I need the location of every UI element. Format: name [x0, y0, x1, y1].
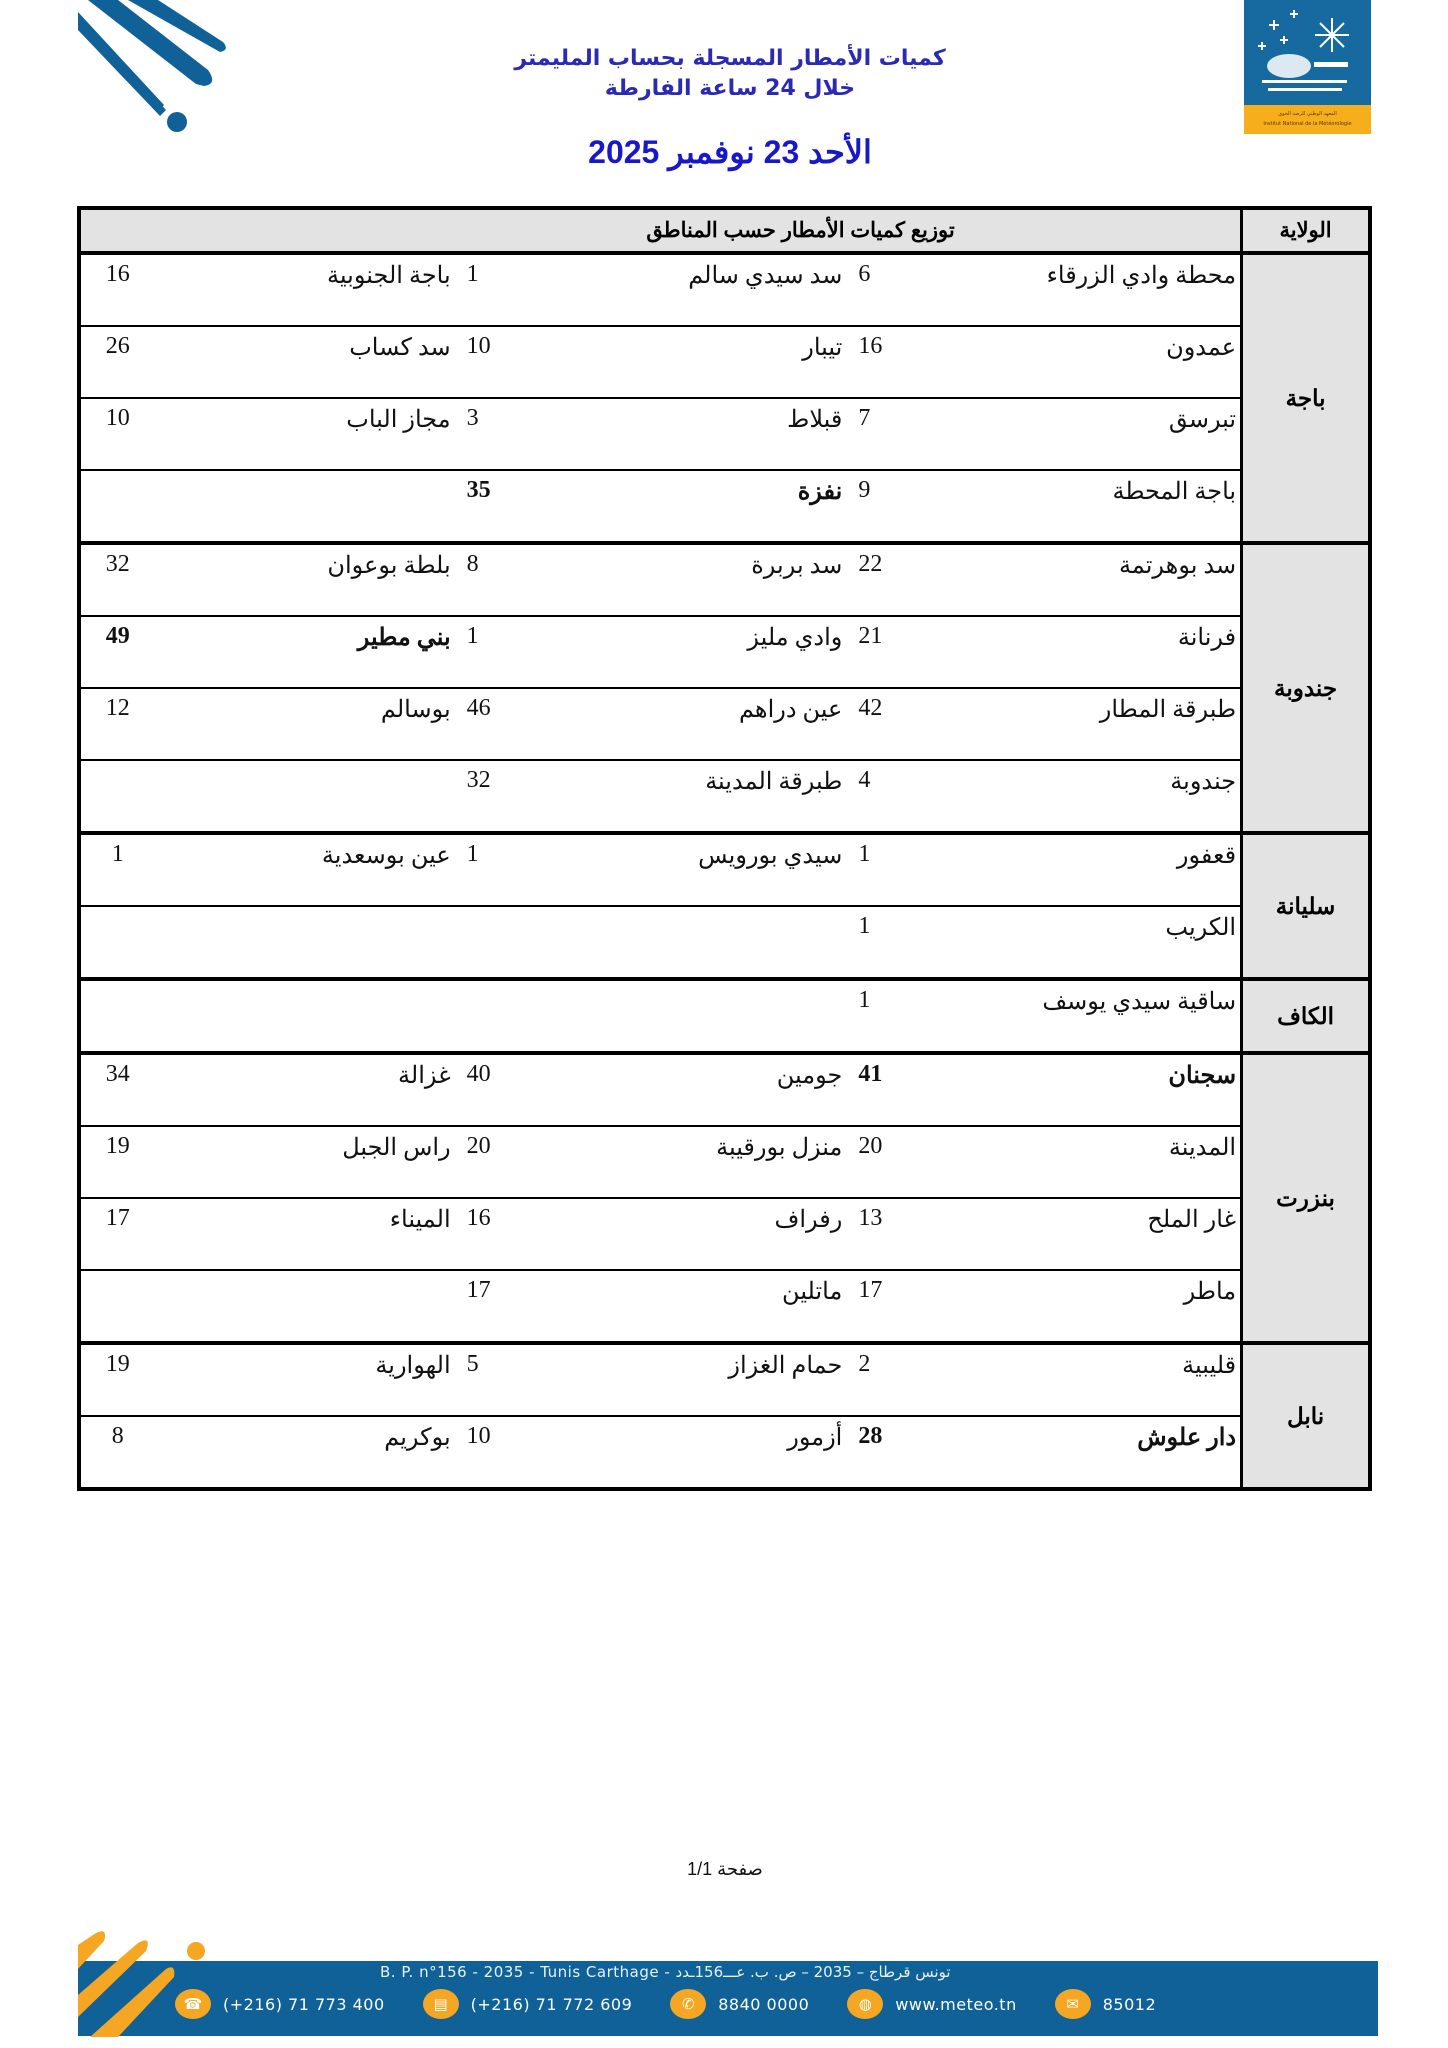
rainfall-value — [79, 906, 155, 979]
station-name: عين بوسعدية — [155, 833, 455, 906]
station-name: منزل بورقيبة — [544, 1126, 846, 1198]
rainfall-value: 1 — [846, 833, 932, 906]
fax-icon: ▤ — [423, 1989, 459, 2019]
rainfall-value: 28 — [846, 1416, 932, 1489]
rainfall-value: 20 — [846, 1126, 932, 1198]
station-name: المدينة — [932, 1126, 1242, 1198]
table-row: جندوبةسد بوهرتمة22سد بربرة8بلطة بوعوان32 — [79, 543, 1370, 616]
station-name: بوسالم — [155, 688, 455, 760]
station-name: قعفور — [932, 833, 1242, 906]
table-row: الكافساقية سيدي يوسف1 — [79, 979, 1370, 1053]
table-row: غار الملح13رفراف16الميناء17 — [79, 1198, 1370, 1270]
governorate-cell: جندوبة — [1242, 543, 1370, 833]
station-name: تيبار — [544, 326, 846, 398]
rainfall-value: 41 — [846, 1053, 932, 1126]
rainfall-value: 1 — [455, 253, 545, 326]
rainfall-value: 40 — [455, 1053, 545, 1126]
table-row: باجةمحطة وادي الزرقاء6سد سيدي سالم1باجة … — [79, 253, 1370, 326]
footer-contact-item: ✉85012 — [1055, 1989, 1156, 2019]
rainfall-value — [79, 1270, 155, 1343]
footer-contact-item: ☎(+216) 71 773 400 — [175, 1989, 385, 2019]
rainfall-value: 4 — [846, 760, 932, 833]
table-row: باجة المحطة9نفزة35 — [79, 470, 1370, 543]
station-name: تبرسق — [932, 398, 1242, 470]
distribution-header-label: توزيع كميات الأمطار حسب المناطق — [646, 218, 954, 243]
rainfall-value: 32 — [455, 760, 545, 833]
table-row: سليانةقعفور1سيدي بورويس1عين بوسعدية1 — [79, 833, 1370, 906]
station-name: ماطر — [932, 1270, 1242, 1343]
rainfall-value: 2 — [846, 1343, 932, 1416]
governorate-cell: سليانة — [1242, 833, 1370, 979]
station-name: نفزة — [544, 470, 846, 543]
globe-icon: ◍ — [847, 1989, 883, 2019]
footer-stripes-decoration — [78, 1925, 228, 2037]
rainfall-value: 1 — [455, 616, 545, 688]
station-name: حمام الغزاز — [544, 1343, 846, 1416]
logo-caption-fr: Institut National de la Météorologie — [1247, 121, 1368, 127]
phone-icon: ☎ — [175, 1989, 211, 2019]
column-header-wilaya: الولاية — [1242, 208, 1370, 253]
rainfall-value: 1 — [455, 833, 545, 906]
rainfall-value: 42 — [846, 688, 932, 760]
logo-caption-ar: المعهد الوطني للرصد الجوي — [1247, 111, 1368, 117]
rainfall-value: 10 — [79, 398, 155, 470]
station-name: عين دراهم — [544, 688, 846, 760]
station-name: رفراف — [544, 1198, 846, 1270]
table-row: الكريب1 — [79, 906, 1370, 979]
station-name: سجنان — [932, 1053, 1242, 1126]
rainfall-value — [455, 979, 545, 1053]
station-name: باجة المحطة — [932, 470, 1242, 543]
rainfall-value: 34 — [79, 1053, 155, 1126]
station-name — [155, 470, 455, 543]
rainfall-value: 17 — [846, 1270, 932, 1343]
station-name: سد كساب — [155, 326, 455, 398]
station-name: محطة وادي الزرقاء — [932, 253, 1242, 326]
rainfall-value: 10 — [455, 1416, 545, 1489]
rainfall-value: 20 — [455, 1126, 545, 1198]
rainfall-table: الولاية توزيع كميات الأمطار حسب المناطق … — [77, 206, 1372, 1491]
footer-contact-item: ✆8840 0000 — [670, 1989, 809, 2019]
station-name: وادي مليز — [544, 616, 846, 688]
rainfall-value: 1 — [79, 833, 155, 906]
station-name: قبلاط — [544, 398, 846, 470]
station-name: بلطة بوعوان — [155, 543, 455, 616]
station-name: ساقية سيدي يوسف — [932, 979, 1242, 1053]
station-name: جومين — [544, 1053, 846, 1126]
station-name: أزمور — [544, 1416, 846, 1489]
rainfall-value: 21 — [846, 616, 932, 688]
table-row: ماطر17ماتلين17 — [79, 1270, 1370, 1343]
rainfall-value: 1 — [846, 979, 932, 1053]
footer-contact-item[interactable]: ◍www.meteo.tn — [847, 1989, 1016, 2019]
governorate-cell: بنزرت — [1242, 1053, 1370, 1343]
sms-icon: ✉ — [1055, 1989, 1091, 2019]
station-name: بوكريم — [155, 1416, 455, 1489]
rainfall-value: 19 — [79, 1126, 155, 1198]
table-row: فرنانة21وادي مليز1بني مطير49 — [79, 616, 1370, 688]
call-center-icon: ✆ — [670, 1989, 706, 2019]
rainfall-value: 17 — [455, 1270, 545, 1343]
station-name: سد سيدي سالم — [544, 253, 846, 326]
snowflake-stars-icon — [1244, 0, 1371, 105]
station-name — [544, 979, 846, 1053]
page-number: صفحة 1/1 — [660, 1859, 790, 1880]
station-name: مجاز الباب — [155, 398, 455, 470]
footer-contact-text[interactable]: www.meteo.tn — [895, 1995, 1016, 2014]
station-name: راس الجبل — [155, 1126, 455, 1198]
inm-stripes-logo — [78, 0, 238, 135]
station-name — [155, 979, 455, 1053]
station-name — [544, 906, 846, 979]
rainfall-value — [79, 979, 155, 1053]
rainfall-value: 7 — [846, 398, 932, 470]
station-name: غزالة — [155, 1053, 455, 1126]
rainfall-value: 16 — [846, 326, 932, 398]
footer-contact-text: 85012 — [1103, 1995, 1156, 2014]
station-name: عمدون — [932, 326, 1242, 398]
report-title: كميات الأمطار المسجلة بحساب المليمتر — [380, 45, 1080, 73]
rainfall-value: 32 — [79, 543, 155, 616]
table-row: جندوبة4طبرقة المدينة32 — [79, 760, 1370, 833]
rainfall-table-body: باجةمحطة وادي الزرقاء6سد سيدي سالم1باجة … — [79, 253, 1370, 1489]
rainfall-value: 16 — [455, 1198, 545, 1270]
station-name: غار الملح — [932, 1198, 1242, 1270]
rainfall-value: 19 — [79, 1343, 155, 1416]
governorate-cell: الكاف — [1242, 979, 1370, 1053]
station-name: باجة الجنوبية — [155, 253, 455, 326]
rainfall-value: 10 — [455, 326, 545, 398]
rainfall-value: 8 — [455, 543, 545, 616]
station-name: قليبية — [932, 1343, 1242, 1416]
station-name: دار علوش — [932, 1416, 1242, 1489]
rainfall-value: 8 — [79, 1416, 155, 1489]
column-header-distribution: توزيع كميات الأمطار حسب المناطق — [79, 208, 1242, 253]
table-row: طبرقة المطار42عين دراهم46بوسالم12 — [79, 688, 1370, 760]
rainfall-value: 35 — [455, 470, 545, 543]
inm-institute-logo: المعهد الوطني للرصد الجوي Institut Natio… — [1244, 0, 1371, 134]
rainfall-value: 3 — [455, 398, 545, 470]
rainfall-value: 26 — [79, 326, 155, 398]
rainfall-value — [455, 906, 545, 979]
table-row: بنزرتسجنان41جومين40غزالة34 — [79, 1053, 1370, 1126]
station-name: جندوبة — [932, 760, 1242, 833]
table-row: دار علوش28أزمور10بوكريم8 — [79, 1416, 1370, 1489]
station-name — [155, 906, 455, 979]
rainfall-value — [79, 760, 155, 833]
station-name: الكريب — [932, 906, 1242, 979]
station-name: طبرقة المطار — [932, 688, 1242, 760]
station-name: بني مطير — [155, 616, 455, 688]
footer-contact-item: ▤(+216) 71 772 609 — [423, 1989, 633, 2019]
table-row: عمدون16تيبار10سد كساب26 — [79, 326, 1370, 398]
station-name — [155, 1270, 455, 1343]
station-name: ماتلين — [544, 1270, 846, 1343]
footer-address: B. P. n°156 - 2035 - Tunis Carthage - تو… — [380, 1963, 1140, 1981]
footer-contact-text: (+216) 71 773 400 — [223, 1995, 385, 2014]
rainfall-value: 17 — [79, 1198, 155, 1270]
station-name: الهوارية — [155, 1343, 455, 1416]
report-date: الأحد 23 نوفمبر 2025 — [480, 132, 980, 172]
rainfall-value: 49 — [79, 616, 155, 688]
station-name: طبرقة المدينة — [544, 760, 846, 833]
rainfall-value: 1 — [846, 906, 932, 979]
rainfall-value — [79, 470, 155, 543]
report-subtitle: خلال 24 ساعة الفارطة — [380, 75, 1080, 103]
station-name: سد بربرة — [544, 543, 846, 616]
rainfall-value: 6 — [846, 253, 932, 326]
table-row: تبرسق7قبلاط3مجاز الباب10 — [79, 398, 1370, 470]
rainfall-value: 5 — [455, 1343, 545, 1416]
rainfall-value: 12 — [79, 688, 155, 760]
footer-contact-text: 8840 0000 — [718, 1995, 809, 2014]
station-name: الميناء — [155, 1198, 455, 1270]
footer-contact-text: (+216) 71 772 609 — [471, 1995, 633, 2014]
rainfall-value: 22 — [846, 543, 932, 616]
governorate-cell: نابل — [1242, 1343, 1370, 1489]
table-row: المدينة20منزل بورقيبة20راس الجبل19 — [79, 1126, 1370, 1198]
rainfall-value: 9 — [846, 470, 932, 543]
rainfall-value: 13 — [846, 1198, 932, 1270]
rainfall-value: 16 — [79, 253, 155, 326]
station-name: سيدي بورويس — [544, 833, 846, 906]
station-name: فرنانة — [932, 616, 1242, 688]
rainfall-value: 46 — [455, 688, 545, 760]
station-name: سد بوهرتمة — [932, 543, 1242, 616]
station-name — [155, 760, 455, 833]
governorate-cell: باجة — [1242, 253, 1370, 543]
footer-contacts: ☎(+216) 71 773 400▤(+216) 71 772 609✆884… — [175, 1988, 1194, 2020]
table-header-row: الولاية توزيع كميات الأمطار حسب المناطق — [79, 208, 1370, 253]
table-row: نابلقليبية2حمام الغزاز5الهوارية19 — [79, 1343, 1370, 1416]
